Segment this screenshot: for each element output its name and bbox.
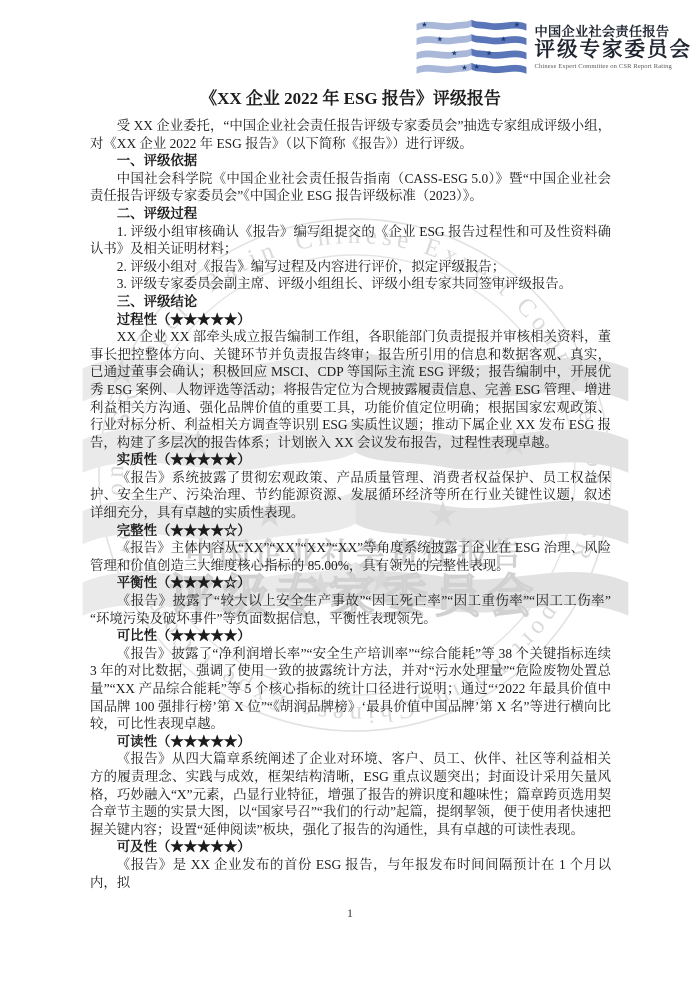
svg-text:★: ★ [500, 34, 506, 43]
logo-en-line: Chinese Expert Committee on CSR Report R… [535, 63, 672, 70]
svg-text:★: ★ [473, 62, 479, 71]
svg-text:★: ★ [461, 63, 467, 72]
rating-heading-readability: 可读性（★★★★★） [90, 733, 611, 751]
rating-heading-comparability: 可比性（★★★★★） [90, 627, 611, 645]
svg-text:★: ★ [485, 49, 491, 58]
rating-heading-process: 过程性（★★★★★） [90, 311, 611, 329]
rating-heading-materiality: 实质性（★★★★★） [90, 451, 611, 469]
section2-item: 2. 评级小组对《报告》编写过程及内容进行评价，拟定评级报告； [90, 258, 611, 276]
page-number: 1 [0, 906, 700, 921]
svg-text:★: ★ [513, 20, 519, 29]
rating-paragraph-materiality: 《报告》系统披露了贯彻宏观政策、产品质量管理、消费者权益保护、员工权益保护、安全… [90, 469, 611, 522]
section1-paragraph: 中国社会科学院《中国企业社会责任报告指南（CASS-ESG 5.0）》暨“中国企… [90, 170, 611, 205]
rating-heading-balance: 平衡性（★★★★☆） [90, 574, 611, 592]
report-page: Chinese Expert Committee on CSR Report R… [0, 0, 700, 990]
rating-paragraph-completeness: 《报告》主体内容从“XX”“XX”“XX”“XX”等角度系统披露了企业在 ESG… [90, 539, 611, 574]
section2-heading: 二、评级过程 [90, 205, 611, 223]
rating-heading-accessibility: 可及性（★★★★★） [90, 838, 611, 856]
logo-cn-line2: 评级专家委员会 [535, 39, 693, 62]
document-title: 《XX 企业 2022 年 ESG 报告》评级报告 [90, 88, 611, 110]
intro-paragraph: 受 XX 企业委托，“中国企业社会责任报告评级专家委员会”抽选专家组成评级小组，… [90, 117, 611, 152]
section1-heading: 一、评级依据 [90, 152, 611, 170]
document-content: 《XX 企业 2022 年 ESG 报告》评级报告 受 XX 企业委托，“中国企… [90, 88, 611, 891]
rating-paragraph-accessibility: 《报告》是 XX 企业发布的首份 ESG 报告，与年报发布时间间隔预计在 1 个… [90, 856, 611, 891]
csr-committee-logo-icon: ★★ ★★ ★★ ★★ [415, 16, 528, 78]
section2-item: 3. 评级专家委员会副主席、评级小组组长、评级小组专家共同签审评级报告。 [90, 275, 611, 293]
svg-text:★: ★ [450, 49, 456, 58]
rating-paragraph-process: XX 企业 XX 部牵头成立报告编制工作组，各职能部门负责提报并审核相关资料，董… [90, 328, 611, 451]
rating-paragraph-comparability: 《报告》披露了“净利润增长率”“安全生产培训率”“综合能耗”等 38 个关键指标… [90, 645, 611, 733]
rating-heading-completeness: 完整性（★★★★☆） [90, 522, 611, 540]
section2-item: 1. 评级小组审核确认《报告》编写组提交的《企业 ESG 报告过程性和可及性资料… [90, 223, 611, 258]
svg-text:★: ★ [421, 20, 427, 29]
rating-paragraph-readability: 《报告》从四大篇章系统阐述了企业对环境、客户、员工、伙伴、社区等利益相关方的履责… [90, 750, 611, 838]
svg-text:★: ★ [436, 34, 442, 43]
section3-heading: 三、评级结论 [90, 293, 611, 311]
csr-committee-logo: ★★ ★★ ★★ ★★ 中国企业社会责任报告 评级专家委员会 Chinese E… [415, 16, 693, 78]
rating-paragraph-balance: 《报告》披露了“较大以上安全生产事故”“因工死亡率”“因工重伤率”“因工工伤率”… [90, 592, 611, 627]
